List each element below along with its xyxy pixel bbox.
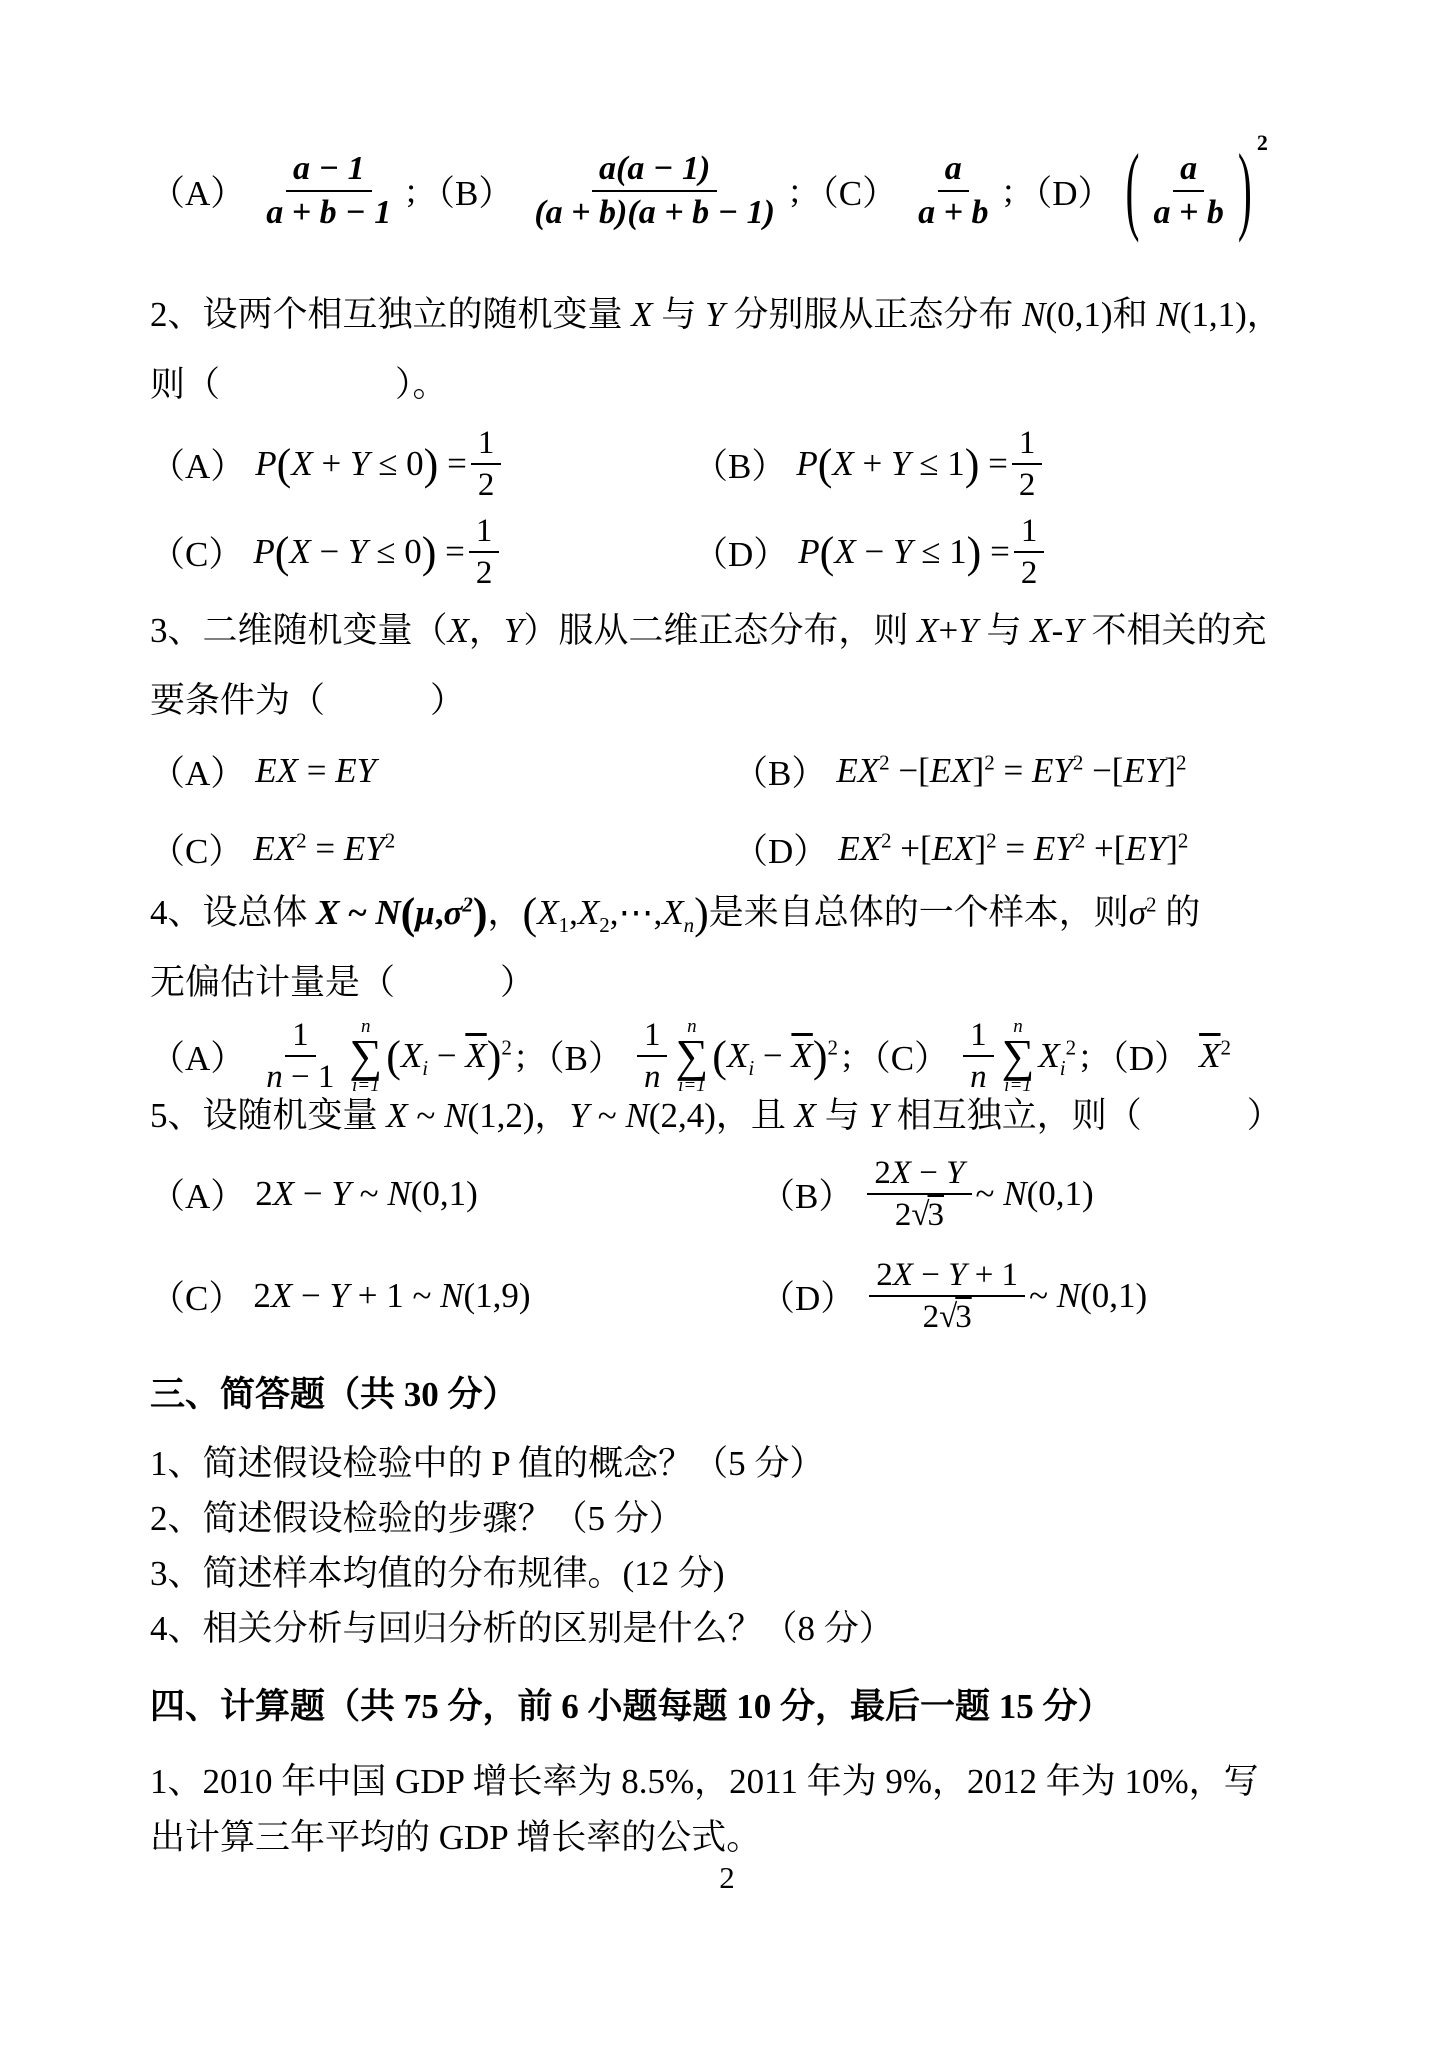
fraction-denominator: 2 [1014,553,1045,592]
q2-text-line1: 2、设两个相互独立的随机变量 X 与 Y 分别服从正态分布 N(0,1)和 N(… [150,280,1304,350]
section3-item-1: 1、简述假设检验中的 P 值的概念？（5 分） [150,1436,1304,1491]
right-paren: ) [1238,135,1252,248]
q3-text-line2: 要条件为（ ） [150,666,1304,736]
q3-option-c: （C） EX2 = EY2 [150,820,733,878]
q5-option-c-label: （C） [150,1271,243,1321]
q2-option-b-expression: P(X + Y ≤ 1) = [796,444,1008,484]
q1-option-a-fraction: a − 1a + b − 1 [259,150,398,231]
fraction-denominator: 2 [471,465,502,504]
q1-option-b-fraction: a(a − 1)(a + b)(a + b − 1) [527,150,782,231]
q3-option-b-label: （B） [733,746,826,796]
q5-option-c-expression: 2X − Y + 1 ~ N(1,9) [253,1276,530,1316]
q1-option-c-fraction: aa + b [911,150,995,231]
exam-page: （A） a − 1a + b − 1 ; （B） a(a − 1)(a + b)… [0,0,1449,2048]
q2-option-a-expression: P(X + Y ≤ 0) = [255,444,467,484]
section3-heading: 三、简答题（共 30 分） [150,1370,1304,1420]
fraction-numerator: 1 [963,1017,994,1057]
q4-option-d-expression: X2 [1199,1036,1231,1076]
q2-option-a-fraction: 12 [471,425,502,504]
q4-option-a-label: （A） [150,1031,245,1081]
sigma-icon: ∑ [675,1036,708,1075]
fraction-numerator: a − 1 [286,150,372,191]
q2-option-a: （A） P(X + Y ≤ 0) = 12 [150,420,693,508]
fraction-denominator: 2√3 [916,1297,979,1336]
q5-option-a-label: （A） [150,1169,245,1219]
fraction-numerator: 1 [471,425,502,465]
q2-option-c-expression: P(X − Y ≤ 0) = [253,532,465,572]
fraction-numerator: a(a − 1) [592,150,717,191]
section4-heading: 四、计算题（共 75 分，前 6 小题每题 10 分，最后一题 15 分） [150,1682,1304,1732]
fraction-numerator: 2X − Y [867,1155,971,1195]
q4-option-a-coefficient: 1n − 1 [259,1017,341,1096]
q2-option-b-label: （B） [693,439,786,489]
q3-option-a: （A） EX = EY [150,742,733,800]
separator: ; [1080,1036,1090,1076]
q1-option-a-label: （A） [150,166,245,216]
fraction-numerator: a [1173,150,1204,191]
section3-items: 1、简述假设检验中的 P 值的概念？（5 分） 2、简述假设检验的步骤？（5 分… [150,1436,1304,1656]
fraction-denominator: a + b [1146,192,1230,232]
summation-symbol: n∑i=1 [1002,1017,1035,1094]
q4-text-line1: 4、设总体 X ~ N(μ,σ2)，(X1,X2,⋯,Xn)是来自总体的一个样本… [150,878,1304,948]
q4-text-line2: 无偏估计量是（ ） [150,948,1304,1018]
q5-option-d: （D） 2X − Y + 12√3 ~ N(0,1) [760,1250,1304,1342]
q4-option-b-coefficient: 1n [637,1017,668,1096]
q5-option-a: （A） 2X − Y ~ N(0,1) [150,1148,760,1240]
separator: ; [790,171,800,211]
q3-option-b-expression: EX2 −[EX]2 = EY2 −[EY]2 [836,751,1186,791]
q3-option-c-expression: EX2 = EY2 [253,829,395,869]
q1-option-c-label: （C） [804,166,897,216]
section3-item-2: 2、简述假设检验的步骤？（5 分） [150,1491,1304,1546]
fraction-numerator: 1 [285,1017,316,1057]
q2-text-line2: 则（ ）。 [150,350,1304,420]
summation-symbol: n∑i=1 [349,1017,382,1094]
summation-symbol: n∑i=1 [675,1017,708,1094]
q5-option-d-label: （D） [760,1271,855,1321]
q2-option-a-label: （A） [150,439,245,489]
fraction-numerator: 1 [1012,425,1043,465]
q3-option-a-label: （A） [150,746,245,796]
q3-option-d-label: （D） [733,824,828,874]
section4-item-1: 1、2010 年中国 GDP 增长率为 8.5%，2011 年为 9%，2012… [150,1754,1304,1866]
q5-option-b: （B） 2X − Y2√3 ~ N(0,1) [760,1148,1304,1240]
q5-option-b-label: （B） [760,1169,853,1219]
q3-option-b: （B） EX2 −[EX]2 = EY2 −[EY]2 [733,742,1304,800]
q1-options-row: （A） a − 1a + b − 1 ; （B） a(a − 1)(a + b)… [150,112,1304,270]
q4-option-c-expression: Xi2 [1038,1036,1076,1076]
q4-option-a-expression: (Xi − X)2 [386,1036,512,1076]
q3-option-d-expression: EX2 +[EX]2 = EY2 +[EY]2 [838,829,1188,869]
exponent: 2 [1257,130,1268,156]
q2-option-c-label: （C） [150,527,243,577]
q1-option-b-label: （B） [420,166,513,216]
q2-option-b: （B） P(X + Y ≤ 1) = 12 [693,420,1304,508]
q3-option-a-expression: EX = EY [255,751,376,791]
section3-item-3: 3、简述样本均值的分布规律。(12 分) [150,1546,1304,1601]
q5-option-b-fraction: 2X − Y2√3 [867,1155,971,1234]
section4-item-1-line2: 出计算三年平均的 GDP 增长率的公式。 [150,1810,1304,1866]
q2-option-d: （D） P(X − Y ≤ 1) = 12 [693,508,1304,596]
q2-option-d-expression: P(X − Y ≤ 1) = [798,532,1010,572]
q5-options: （A） 2X − Y ~ N(0,1) （B） 2X − Y2√3 ~ N(0,… [150,1148,1304,1342]
fraction-denominator: a + b [911,192,995,232]
q1-option-d-label: （D） [1017,166,1112,216]
q2-option-b-fraction: 12 [1012,425,1043,504]
fraction-numerator: 2X − Y + 1 [869,1257,1025,1297]
q4-option-b-expression: (Xi − X)2 [712,1036,838,1076]
q5-option-d-fraction: 2X − Y + 12√3 [869,1257,1025,1336]
separator: ; [406,171,416,211]
sigma-icon: ∑ [349,1036,382,1075]
q5-option-b-tail: ~ N(0,1) [976,1174,1094,1214]
q4-option-c-label: （C） [856,1031,949,1081]
q2-option-d-label: （D） [693,527,788,577]
q3-text-line1: 3、二维随机变量（X，Y）服从二维正态分布，则 X+Y 与 X-Y 不相关的充 [150,596,1304,666]
q2-option-d-fraction: 12 [1014,513,1045,592]
fraction-numerator: a [938,150,969,191]
fraction-denominator: 2 [469,553,500,592]
q2-option-c: （C） P(X − Y ≤ 0) = 12 [150,508,693,596]
q4-option-b-label: （B） [530,1031,623,1081]
q5-option-c: （C） 2X − Y + 1 ~ N(1,9) [150,1250,760,1342]
fraction-denominator: 2 [1012,465,1043,504]
q5-option-a-expression: 2X − Y ~ N(0,1) [255,1174,477,1214]
q5-text-line1: 5、设随机变量 X ~ N(1,2)，Y ~ N(2,4)，且 X 与 Y 相互… [150,1088,1304,1144]
q3-option-c-label: （C） [150,824,243,874]
section4-item-1-line1: 1、2010 年中国 GDP 增长率为 8.5%，2011 年为 9%，2012… [150,1754,1304,1810]
q2-options: （A） P(X + Y ≤ 0) = 12 （B） P(X + Y ≤ 1) =… [150,420,1304,596]
fraction-numerator: 1 [637,1017,668,1057]
q2-option-c-fraction: 12 [469,513,500,592]
fraction-numerator: 1 [469,513,500,553]
q3-options: （A） EX = EY （B） EX2 −[EX]2 = EY2 −[EY]2 … [150,742,1304,878]
q4-option-d-label: （D） [1094,1031,1189,1081]
fraction-numerator: 1 [1014,513,1045,553]
fraction-denominator: 2√3 [888,1195,951,1234]
separator: ; [842,1036,852,1076]
q1-option-d-fraction: aa + b [1146,150,1230,231]
separator: ; [1003,171,1013,211]
sigma-icon: ∑ [1002,1036,1035,1075]
left-paren: ( [1125,135,1139,248]
q5-option-d-tail: ~ N(0,1) [1029,1276,1147,1316]
section3-item-4: 4、相关分析与回归分析的区别是什么？（8 分） [150,1601,1304,1656]
fraction-denominator: a + b − 1 [259,192,398,232]
separator: ; [516,1036,526,1076]
q3-option-d: （D） EX2 +[EX]2 = EY2 +[EY]2 [733,820,1304,878]
fraction-denominator: (a + b)(a + b − 1) [527,192,782,232]
q4-option-c-coefficient: 1n [963,1017,994,1096]
